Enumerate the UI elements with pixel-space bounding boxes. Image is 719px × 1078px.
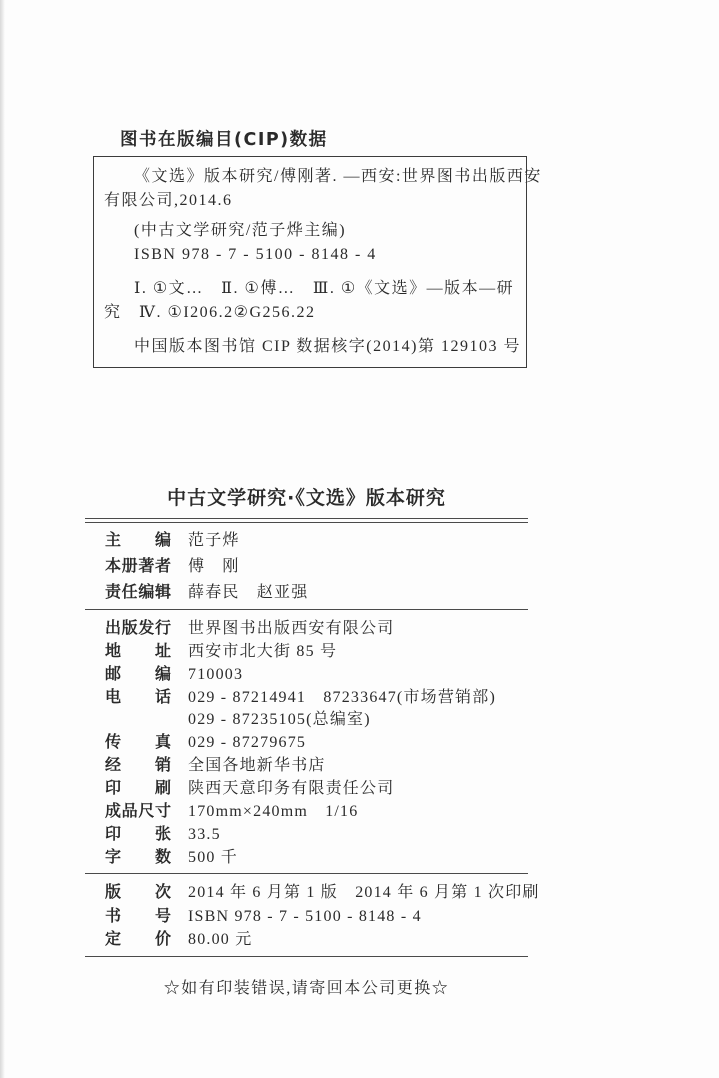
row-value: 世界图书出版西安有限公司 <box>188 618 394 640</box>
pub-row-postcode: 邮编 710003 <box>85 663 528 686</box>
cip-line-isbn: ISBN 978 - 7 - 5100 - 8148 - 4 <box>104 243 516 267</box>
pub-row-telephone-cont: 029 - 87235105(总编室) <box>85 709 528 731</box>
cip-line-classification-cont: 究 Ⅳ. ①I206.2②G256.22 <box>104 301 516 325</box>
colophon: 中古文学研究·《文选》版本研究 主编 范子烨 本册著者 傅 刚 责任编辑 薛春民… <box>85 486 528 998</box>
row-value: 全国各地新华书店 <box>188 755 326 777</box>
row-value: 500 千 <box>188 847 238 869</box>
row-value: 170mm×240mm 1/16 <box>188 801 358 823</box>
row-label: 地址 <box>105 640 171 662</box>
misprint-exchange-note: ☆如有印装错误,请寄回本公司更换☆ <box>85 975 528 998</box>
pub-row-sheets: 印张 33.5 <box>85 823 528 846</box>
row-value: 西安市北大街 85 号 <box>188 641 337 663</box>
row-value: 710003 <box>188 664 243 686</box>
pub-row-printer: 印刷 陕西天意印务有限责任公司 <box>85 777 528 800</box>
copyright-page: 图书在版编目(CIP)数据 《文选》版本研究/傅刚著. —西安:世界图书出版西安… <box>0 0 719 1078</box>
staff-row-chief-editor: 主编 范子烨 <box>85 527 528 553</box>
row-value: 33.5 <box>188 824 221 846</box>
row-value: 范子烨 <box>188 528 240 553</box>
row-label: 定价 <box>105 928 171 951</box>
section-rule <box>85 956 528 957</box>
edition-row-price: 定价 80.00 元 <box>85 928 528 952</box>
row-label: 电话 <box>105 686 171 708</box>
pub-row-address: 地址 西安市北大街 85 号 <box>85 640 528 663</box>
row-value: 薛春民 赵亚强 <box>188 580 308 605</box>
cip-line-publisher-cont: 有限公司,2014.6 <box>104 189 516 213</box>
row-value: 2014 年 6 月第 1 版 2014 年 6 月第 1 次印刷 <box>188 882 540 905</box>
row-label: 出版发行 <box>105 617 171 639</box>
row-label: 邮编 <box>105 663 171 685</box>
cip-box: 《文选》版本研究/傅刚著. —西安:世界图书出版西安 有限公司,2014.6 (… <box>93 156 527 368</box>
edition-row-edition: 版次 2014 年 6 月第 1 版 2014 年 6 月第 1 次印刷 <box>85 881 528 905</box>
publication-section: 出版发行 世界图书出版西安有限公司 地址 西安市北大街 85 号 邮编 7100… <box>85 617 528 869</box>
row-value: 傅 刚 <box>188 554 240 579</box>
edition-row-isbn: 书号 ISBN 978 - 7 - 5100 - 8148 - 4 <box>85 905 528 929</box>
cip-line-record-number: 中国版本图书馆 CIP 数据核字(2014)第 129103 号 <box>104 335 516 359</box>
cip-line-classification: Ⅰ. ①文… Ⅱ. ①傅… Ⅲ. ①《文选》—版本—研 <box>104 277 516 301</box>
pub-row-distribution: 经销 全国各地新华书店 <box>85 754 528 777</box>
row-label: 印张 <box>105 823 171 845</box>
edition-section: 版次 2014 年 6 月第 1 版 2014 年 6 月第 1 次印刷 书号 … <box>85 881 528 952</box>
staff-section: 主编 范子烨 本册著者 傅 刚 责任编辑 薛春民 赵亚强 <box>85 527 528 605</box>
row-value: 029 - 87214941 87233647(市场营销部) <box>188 687 496 709</box>
section-rule <box>85 609 528 610</box>
pub-row-fax: 传真 029 - 87279675 <box>85 731 528 754</box>
row-value: 80.00 元 <box>188 929 252 952</box>
row-label: 经销 <box>105 754 171 776</box>
row-value: 029 - 87235105(总编室) <box>188 709 371 731</box>
row-label: 责任编辑 <box>105 579 171 604</box>
row-value: 029 - 87279675 <box>188 732 306 754</box>
row-value: 陕西天意印务有限责任公司 <box>188 778 394 800</box>
cip-line-series: (中古文学研究/范子烨主编) <box>104 219 516 243</box>
row-label: 主编 <box>105 527 171 552</box>
row-label: 书号 <box>105 905 171 928</box>
section-rule <box>85 873 528 874</box>
row-label: 印刷 <box>105 777 171 799</box>
row-value: ISBN 978 - 7 - 5100 - 8148 - 4 <box>188 906 422 929</box>
cip-heading: 图书在版编目(CIP)数据 <box>120 126 328 151</box>
row-label: 本册著者 <box>105 553 171 578</box>
staff-row-author: 本册著者 傅 刚 <box>85 553 528 579</box>
pub-row-publisher: 出版发行 世界图书出版西安有限公司 <box>85 617 528 640</box>
row-label: 成品尺寸 <box>105 800 171 822</box>
row-label: 字数 <box>105 846 171 868</box>
double-rule <box>85 518 528 523</box>
staff-row-responsible-editor: 责任编辑 薛春民 赵亚强 <box>85 579 528 605</box>
pub-row-wordcount: 字数 500 千 <box>85 846 528 869</box>
pub-row-dimensions: 成品尺寸 170mm×240mm 1/16 <box>85 800 528 823</box>
cip-line-title-statement: 《文选》版本研究/傅刚著. —西安:世界图书出版西安 <box>104 165 516 189</box>
book-title: 中古文学研究·《文选》版本研究 <box>85 486 528 510</box>
pub-row-telephone: 电话 029 - 87214941 87233647(市场营销部) <box>85 686 528 709</box>
row-label: 版次 <box>105 881 171 904</box>
row-label: 传真 <box>105 731 171 753</box>
